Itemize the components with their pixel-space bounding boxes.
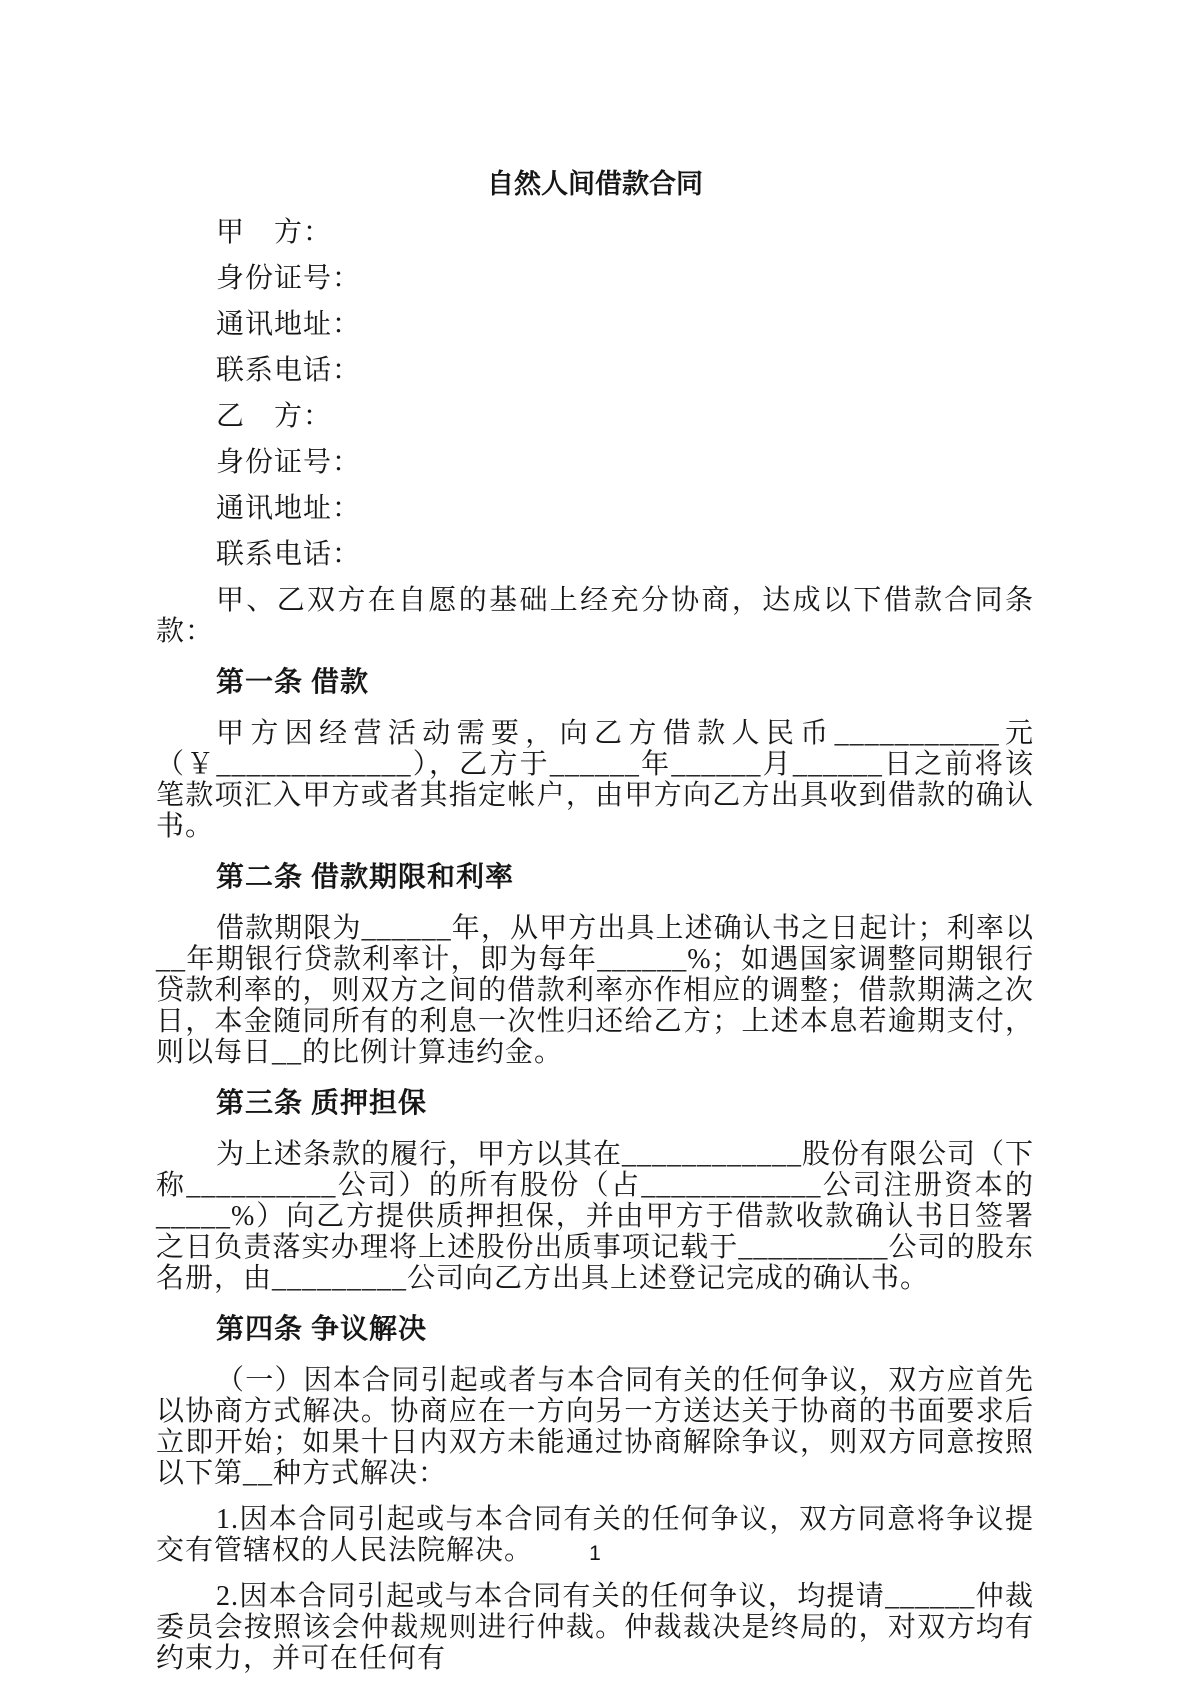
party-b-id-label: 身份证号：	[156, 447, 1034, 478]
section-2-heading: 第二条 借款期限和利率	[156, 862, 1034, 893]
party-a-id-label: 身份证号：	[156, 263, 1034, 294]
section-3-heading: 第三条 质押担保	[156, 1088, 1034, 1119]
party-b-phone-label: 联系电话：	[156, 539, 1034, 570]
page-number: 1	[0, 1541, 1190, 1567]
section-1-paragraph: 甲方因经营活动需要，向乙方借款人民币___________元（￥________…	[156, 718, 1034, 842]
section-3-paragraph: 为上述条款的履行，甲方以其在____________股份有限公司（下称_____…	[156, 1139, 1034, 1294]
contract-content: 自然人间借款合同 甲 方： 身份证号： 通讯地址： 联系电话： 乙 方： 身份证…	[156, 166, 1034, 1683]
intro-paragraph: 甲、乙双方在自愿的基础上经充分协商，达成以下借款合同条款：	[156, 585, 1034, 647]
section-1-heading: 第一条 借款	[156, 667, 1034, 698]
section-2-paragraph: 借款期限为______年，从甲方出具上述确认书之日起计；利率以__年期银行贷款利…	[156, 913, 1034, 1068]
party-b-address-label: 通讯地址：	[156, 493, 1034, 524]
party-a-phone-label: 联系电话：	[156, 355, 1034, 386]
section-4-heading: 第四条 争议解决	[156, 1314, 1034, 1345]
section-4-paragraph-1: （一）因本合同引起或者与本合同有关的任何争议，双方应首先以协商方式解决。协商应在…	[156, 1365, 1034, 1489]
section-4-paragraph-3: 2.因本合同引起或与本合同有关的任何争议，均提请______仲裁委员会按照该会仲…	[156, 1581, 1034, 1674]
document-title: 自然人间借款合同	[156, 166, 1034, 202]
contract-page: 自然人间借款合同 甲 方： 身份证号： 通讯地址： 联系电话： 乙 方： 身份证…	[0, 0, 1190, 1683]
party-b-name-label: 乙 方：	[156, 401, 1034, 432]
party-a-address-label: 通讯地址：	[156, 309, 1034, 340]
party-a-name-label: 甲 方：	[156, 217, 1034, 248]
